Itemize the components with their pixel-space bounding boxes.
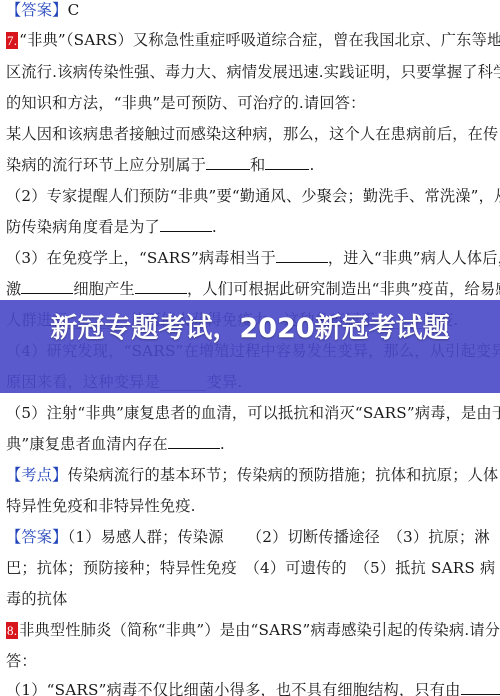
kaodian-line-2: 特异性免疫和非特异性免疫. [6,496,494,516]
q7-part3-text-cont: ，进入“非典”病人人体后，刺 [328,249,500,267]
answer-blank [168,434,220,449]
q7-intro-line-3: 的知识和方法，“非典”是可预防、可治疗的.请回答： [6,93,494,113]
q7-part3-text-end: ，人们可根据此研究制造出“非典”疫苗，给易感 [187,280,500,298]
q7-part3-text-cont: 细胞产生 [73,280,135,298]
q7-part2-line-2: 防传染病角度看是为了. [6,217,494,237]
q8-line-2: 答： [6,651,494,671]
answer-blank [461,680,500,695]
q7-part5-text: 典”康复患者血清内存在 [6,435,168,453]
answer-text: （1）易感人群；传染源 （2）切断传播途径 （3）抗原；淋 [68,528,490,546]
q8-part1-line-1: （1）“SARS”病毒不仅比细菌小得多，也不具有细胞结构，只有由组 [6,680,494,696]
answer-value: C [68,1,80,19]
kaodian-line-1: 【考点】传染病流行的基本环节；传染病的预防措施；抗体和抗原；人体 [6,465,494,485]
q7-text: “非典”（SARS）又称急性重症呼吸道综合症，曾在我国北京、广东等地 [19,31,500,49]
period: . [220,435,225,453]
answer-blank [160,217,212,232]
question-number-badge: 7. [6,32,18,49]
q7-part3-text: 激 [6,280,21,298]
q7-part5-line-2: 典”康复患者血清内存在. [6,434,494,454]
period: . [212,218,217,236]
q7-part3-text: （3）在免疫学上，“SARS”病毒相当于 [6,249,276,267]
q7-answer-line-2: 巴；抗体；预防接种；特异性免疫 （4）可遗传的 （5）抵抗 SARS 病 [6,558,494,578]
answer-blank [265,155,309,170]
answer-tag: 【答案】 [6,528,68,546]
q7-intro-line-2: 区流行.该病传染性强、毒力大、病情发展迅速.实践证明，只要掌握了科学 [6,62,494,82]
answer-blank [135,279,187,294]
period: . [309,156,314,174]
q7-intro-line-1: 7.“非典”（SARS）又称急性重症呼吸道综合症，曾在我国北京、广东等地 [6,30,494,50]
q7-answer-line-3: 毒的抗体 [6,589,494,609]
banner-title: 新冠专题考试，2020新冠考试题 [0,312,500,346]
q8-part1-text: （1）“SARS”病毒不仅比细菌小得多，也不具有细胞结构，只有由 [6,681,461,696]
kaodian-text: 传染病流行的基本环节；传染病的预防措施；抗体和抗原；人体 [68,466,499,484]
answer-blank [21,279,73,294]
q7-part1-line-1: 某人因和该病患者接触过而感染这种病，那么，这个人在患病前后，在传 [6,124,494,144]
q7-answer-line-1: 【答案】（1）易感人群；传染源 （2）切断传播途径 （3）抗原；淋 [6,527,494,547]
question-number-badge: 8. [6,622,18,639]
q8-line-1: 8.非典型性肺炎（简称“非典”）是由“SARS”病毒感染引起的传染病.请分析回 [6,620,494,640]
previous-answer: 【答案】C [6,0,494,20]
q7-part1-text: 染病的流行环节上应分别属于 [6,156,206,174]
kaodian-tag: 【考点】 [6,466,68,484]
q7-part1-line-2: 染病的流行环节上应分别属于和. [6,155,494,175]
title-banner: 新冠专题考试，2020新冠考试题 [0,300,500,393]
q7-part2-text: 防传染病角度看是为了 [6,218,160,236]
answer-tag: 【答案】 [6,1,68,19]
q8-text: 非典型性肺炎（简称“非典”）是由“SARS”病毒感染引起的传染病.请分析回 [19,621,500,639]
answer-blank [276,248,328,263]
q7-part5-line-1: （5）注射“非典”康复患者的血清，可以抵抗和消灭“SARS”病毒，是由于“非 [6,403,494,423]
q7-part1-text-and: 和 [250,156,265,174]
q7-part2-line-1: （2）专家提醒人们预防“非典”要“勤通风、少聚会；勤洗手、常洗澡”，从预 [6,186,494,206]
q7-part3-line-1: （3）在免疫学上，“SARS”病毒相当于，进入“非典”病人人体后，刺 [6,248,494,268]
q7-part3-line-2: 激细胞产生，人们可根据此研究制造出“非典”疫苗，给易感 [6,279,494,299]
answer-blank [206,155,250,170]
